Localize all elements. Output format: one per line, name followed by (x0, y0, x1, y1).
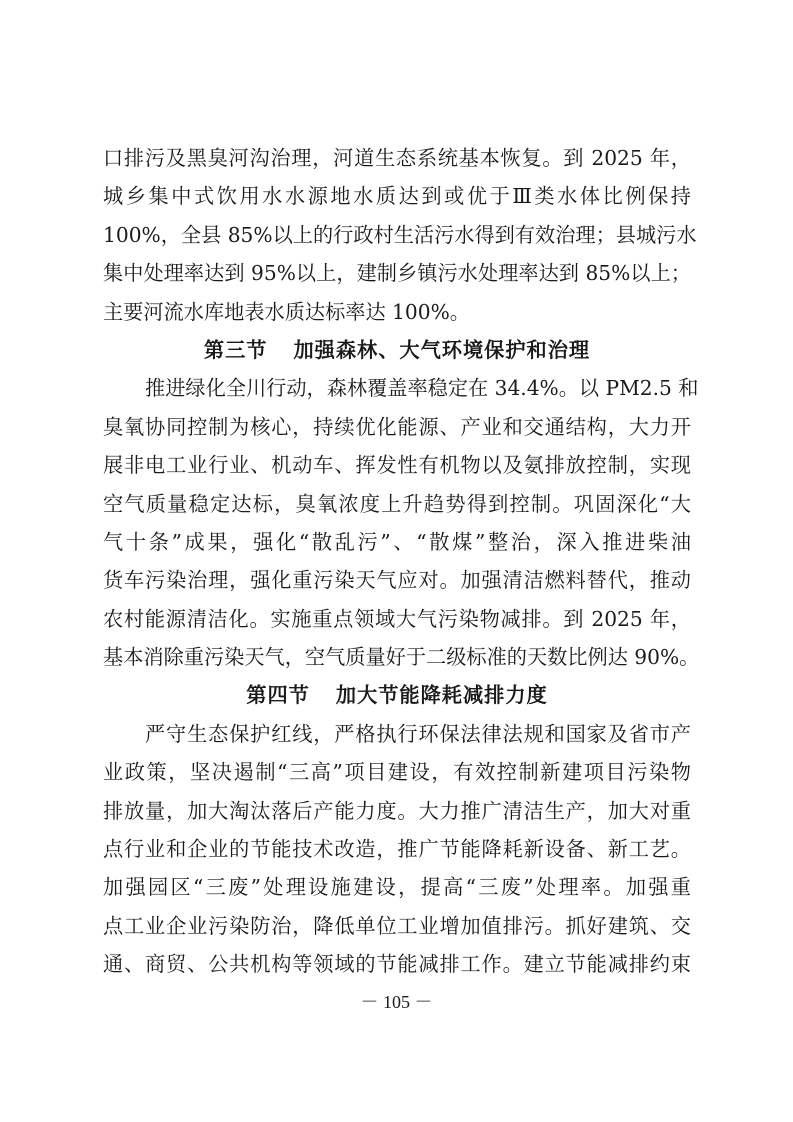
paragraph-water-treatment: 口排污及黑臭河沟治理，河道生态系统基本恢复。到 2025 年， 城乡集中式饮用水… (103, 139, 691, 331)
text-line: 100%，全县 85%以上的行政村生活污水得到有效治理；县城污水 (103, 216, 691, 254)
text-line: 货车污染治理，强化重污染天气应对。加强清洁燃料替代，推动 (103, 561, 691, 599)
text-line: 推进绿化全川行动，森林覆盖率稳定在 34.4%。以 PM2.5 和 (103, 369, 691, 407)
text-line: 排放量，加大淘汰落后产能力度。大力推广清洁生产，加大对重 (103, 792, 691, 830)
text-line: 空气质量稳定达标，臭氧浓度上升趋势得到控制。巩固深化“大 (103, 485, 691, 523)
section-heading-3: 第三节加强森林、大气环境保护和治理 (103, 331, 691, 369)
text-line: 通、商贸、公共机构等领域的节能减排工作。建立节能减排约束 (103, 945, 691, 983)
text-line: 基本消除重污染天气，空气质量好于二级标准的天数比例达 90%。 (103, 638, 691, 676)
section-number: 第四节 (246, 683, 310, 707)
section-title: 加大节能降耗减排力度 (336, 683, 548, 707)
document-page: 口排污及黑臭河沟治理，河道生态系统基本恢复。到 2025 年， 城乡集中式饮用水… (103, 139, 691, 984)
section-title: 加强森林、大气环境保护和治理 (293, 338, 590, 362)
text-line: 气十条”成果，强化“散乱污”、“散煤”整治，深入推进柴油 (103, 523, 691, 561)
text-line: 展非电工业行业、机动车、挥发性有机物以及氨排放控制，实现 (103, 446, 691, 484)
section-heading-4: 第四节加大节能降耗减排力度 (103, 676, 691, 714)
section-number: 第三节 (204, 338, 268, 362)
text-line: 农村能源清洁化。实施重点领域大气污染物减排。到 2025 年， (103, 600, 691, 638)
text-line: 臭氧协同控制为核心，持续优化能源、产业和交通结构，大力开 (103, 408, 691, 446)
text-line: 业政策，坚决遏制“三高”项目建设，有效控制新建项目污染物 (103, 753, 691, 791)
text-line: 集中处理率达到 95%以上，建制乡镇污水处理率达到 85%以上； (103, 254, 691, 292)
text-line: 严守生态保护红线，严格执行环保法律法规和国家及省市产 (103, 715, 691, 753)
text-line: 城乡集中式饮用水水源地水质达到或优于Ⅲ类水体比例保持 (103, 177, 691, 215)
text-line: 加强园区“三废”处理设施建设，提高“三废”处理率。加强重 (103, 868, 691, 906)
text-line: 口排污及黑臭河沟治理，河道生态系统基本恢复。到 2025 年， (103, 139, 691, 177)
text-line: 点行业和企业的节能技术改造，推广节能降耗新设备、新工艺。 (103, 830, 691, 868)
text-line: 点工业企业污染防治，降低单位工业增加值排污。抓好建筑、交 (103, 907, 691, 945)
paragraph-forest-air: 推进绿化全川行动，森林覆盖率稳定在 34.4%。以 PM2.5 和 臭氧协同控制… (103, 369, 691, 676)
paragraph-energy-saving: 严守生态保护红线，严格执行环保法律法规和国家及省市产 业政策，坚决遏制“三高”项… (103, 715, 691, 984)
text-line: 主要河流水库地表水质达标率达 100%。 (103, 293, 691, 331)
page-number: － 105 － (0, 990, 793, 1014)
